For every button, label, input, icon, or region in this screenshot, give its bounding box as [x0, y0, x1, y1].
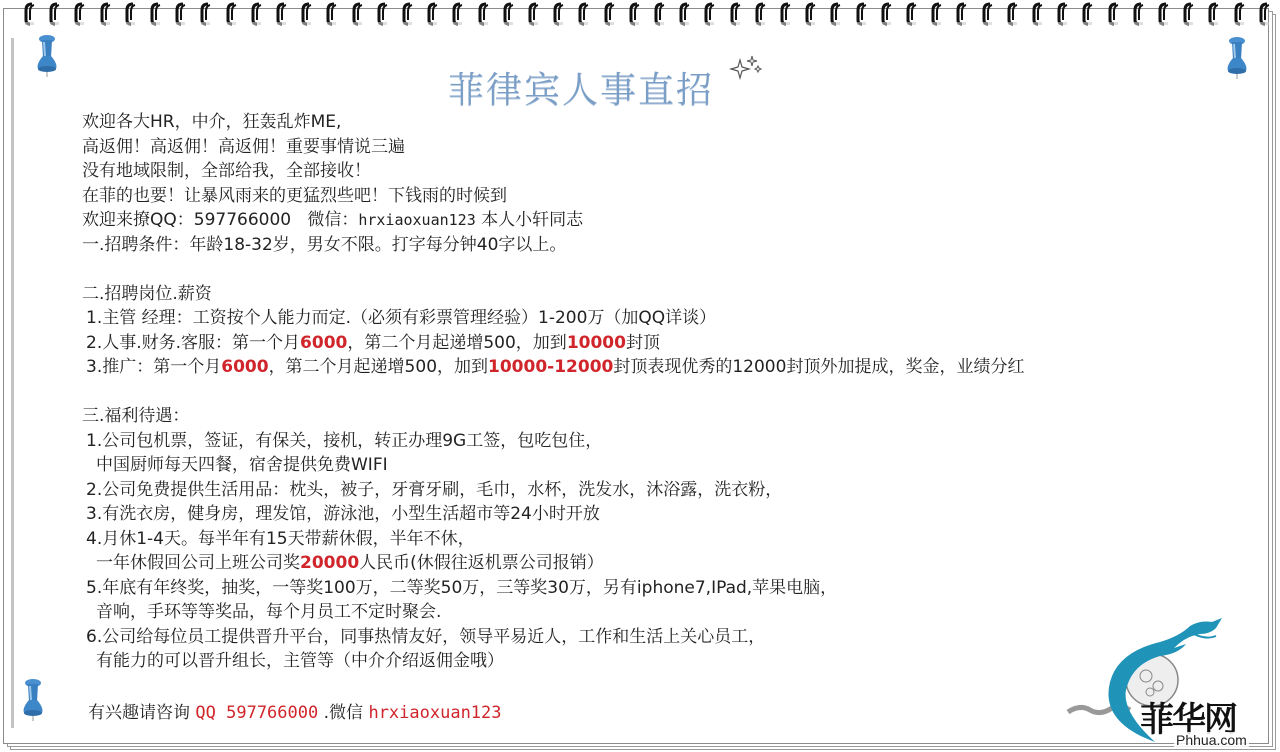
spiral-binding [0, 0, 1280, 34]
wechat-label: 微信： [307, 210, 358, 230]
footer-wechat: hrxiaoxuan123 [368, 703, 501, 723]
salary-highlight: 10000 [567, 333, 626, 353]
intro-line: 高返佣！高返佣！高返佣！重要事情说三遍 [82, 135, 1182, 160]
section-positions-heading: 二.招聘岗位.薪资 [82, 282, 1182, 307]
salary-highlight: 6000 [300, 333, 347, 353]
spiral-ring-icon [377, 2, 388, 26]
spiral-ring-icon [982, 2, 993, 26]
benefit-item: 1.公司包机票，签证，有保关，接机，转正办理9G工签，包吃包住， [82, 429, 1182, 454]
spiral-ring-icon [1259, 2, 1270, 26]
spiral-ring-icon [1057, 2, 1068, 26]
footer-wechat-label: .微信 [324, 703, 363, 723]
spiral-ring-icon [49, 2, 60, 26]
spiral-ring-icon [881, 2, 892, 26]
spiral-ring-icon [150, 2, 161, 26]
footer-contact: 有兴趣请咨询 QQ 597766000 .微信 hrxiaoxuan123 [88, 698, 502, 723]
spiral-ring-icon [175, 2, 186, 26]
sparkle-icon [726, 52, 766, 90]
spiral-ring-icon [730, 2, 741, 26]
spiral-ring-icon [24, 2, 35, 26]
spiral-ring-icon [654, 2, 665, 26]
spiral-ring-icon [1183, 2, 1194, 26]
spiral-ring-icon [301, 2, 312, 26]
contact-suffix: 本人小轩同志 [481, 210, 583, 230]
spiral-ring-icon [1234, 2, 1245, 26]
spiral-ring-icon [251, 2, 262, 26]
spiral-ring-icon [276, 2, 287, 26]
pushpin-icon [1224, 36, 1250, 80]
footer-qq: QQ 597766000 [195, 703, 318, 723]
position-item: 3.推广：第一个月6000，第二个月起递增500，加到10000-12000封顶… [82, 355, 1182, 380]
spiral-ring-icon [805, 2, 816, 26]
intro-line: 没有地域限制，全部给我，全部接收！ [82, 159, 1182, 184]
spiral-ring-icon [856, 2, 867, 26]
salary-highlight: 6000 [221, 357, 268, 377]
spiral-ring-icon [629, 2, 640, 26]
benefit-item-continued: 中国厨师每天四餐，宿舍提供免费WIFI [82, 453, 1182, 478]
pushpin-icon [20, 678, 46, 722]
benefit-item-continued: 一年休假回公司上班公司奖20000人民币(休假往返机票公司报销） [82, 551, 1182, 576]
spiral-ring-icon [352, 2, 363, 26]
spiral-ring-icon [74, 2, 85, 26]
position-item: 2.人事.财务.客服：第一个月6000，第二个月起递增500，加到10000封顶 [82, 331, 1182, 356]
spiral-ring-icon [427, 2, 438, 26]
section-requirements-heading: 一.招聘条件：年龄18-32岁，男女不限。打字每分钟40字以上。 [82, 233, 1182, 258]
spiral-ring-icon [1032, 2, 1043, 26]
spiral-ring-icon [780, 2, 791, 26]
spiral-ring-icon [956, 2, 967, 26]
benefit-item: 2.公司免费提供生活用品：枕头，被子，牙膏牙刷，毛巾，水杯，洗发水，沐浴露，洗衣… [82, 478, 1182, 503]
job-posting-body: 欢迎各大HR，中介，狂轰乱炸ME, 高返佣！高返佣！高返佣！重要事情说三遍 没有… [82, 110, 1182, 674]
spiral-ring-icon [931, 2, 942, 26]
spiral-ring-icon [503, 2, 514, 26]
spiral-ring-icon [604, 2, 615, 26]
spiral-ring-icon [1082, 2, 1093, 26]
spiral-ring-icon [478, 2, 489, 26]
logo-url: Phhua.com [1174, 732, 1249, 748]
spiral-ring-icon [528, 2, 539, 26]
bonus-highlight: 20000 [300, 553, 359, 573]
spiral-ring-icon [1108, 2, 1119, 26]
spiral-ring-icon [755, 2, 766, 26]
spiral-ring-icon [452, 2, 463, 26]
benefit-item-continued: 有能力的可以晋升组长，主管等（中介介绍返佣金哦） [82, 649, 1182, 674]
spiral-ring-icon [1208, 2, 1219, 26]
position-item: 1.主管 经理：工资按个人能力而定.（必须有彩票管理经验）1-200万（加QQ详… [82, 306, 1182, 331]
salary-highlight: 10000-12000 [488, 357, 613, 377]
intro-line: 在菲的也要！让暴风雨来的更猛烈些吧！下钱雨的时候到 [82, 184, 1182, 209]
spiral-ring-icon [679, 2, 690, 26]
footer-prefix: 有兴趣请咨询 [88, 703, 190, 723]
spiral-ring-icon [704, 2, 715, 26]
benefit-item: 6.公司给每位员工提供晋升平台，同事热情友好，领导平易近人，工作和生活上关心员工… [82, 625, 1182, 650]
qq-number: 597766000 [194, 210, 291, 230]
benefit-item-continued: 音响，手环等等奖品，每个月员工不定时聚会. [82, 600, 1182, 625]
intro-line: 欢迎各大HR，中介，狂轰乱炸ME, [82, 110, 1182, 135]
spiral-ring-icon [830, 2, 841, 26]
benefit-item: 5.年底有年终奖，抽奖，一等奖100万，二等奖50万，三等奖30万，另有ipho… [82, 576, 1182, 601]
spiral-ring-icon [1158, 2, 1169, 26]
page-title: 菲律宾人事直招 [448, 62, 714, 113]
spiral-ring-icon [226, 2, 237, 26]
benefit-item: 3.有洗衣房，健身房，理发馆，游泳池，小型生活超市等24小时开放 [82, 502, 1182, 527]
spiral-ring-icon [326, 2, 337, 26]
spiral-ring-icon [100, 2, 111, 26]
spiral-ring-icon [906, 2, 917, 26]
spiral-ring-icon [1133, 2, 1144, 26]
pushpin-icon [34, 34, 60, 78]
spiral-ring-icon [553, 2, 564, 26]
spiral-ring-icon [1007, 2, 1018, 26]
qq-label: 欢迎来撩QQ： [82, 210, 194, 230]
contact-line: 欢迎来撩QQ：597766000 微信：hrxiaoxuan123 本人小轩同志 [82, 208, 1182, 233]
wechat-id: hrxiaoxuan123 [358, 211, 475, 229]
spiral-ring-icon [578, 2, 589, 26]
benefit-item: 4.月休1-4天。每半年有15天带薪休假，半年不休， [82, 527, 1182, 552]
spiral-ring-icon [200, 2, 211, 26]
section-benefits-heading: 三.福利待遇： [82, 404, 1182, 429]
spiral-ring-icon [402, 2, 413, 26]
left-margin-rule [11, 38, 14, 728]
spiral-ring-icon [125, 2, 136, 26]
